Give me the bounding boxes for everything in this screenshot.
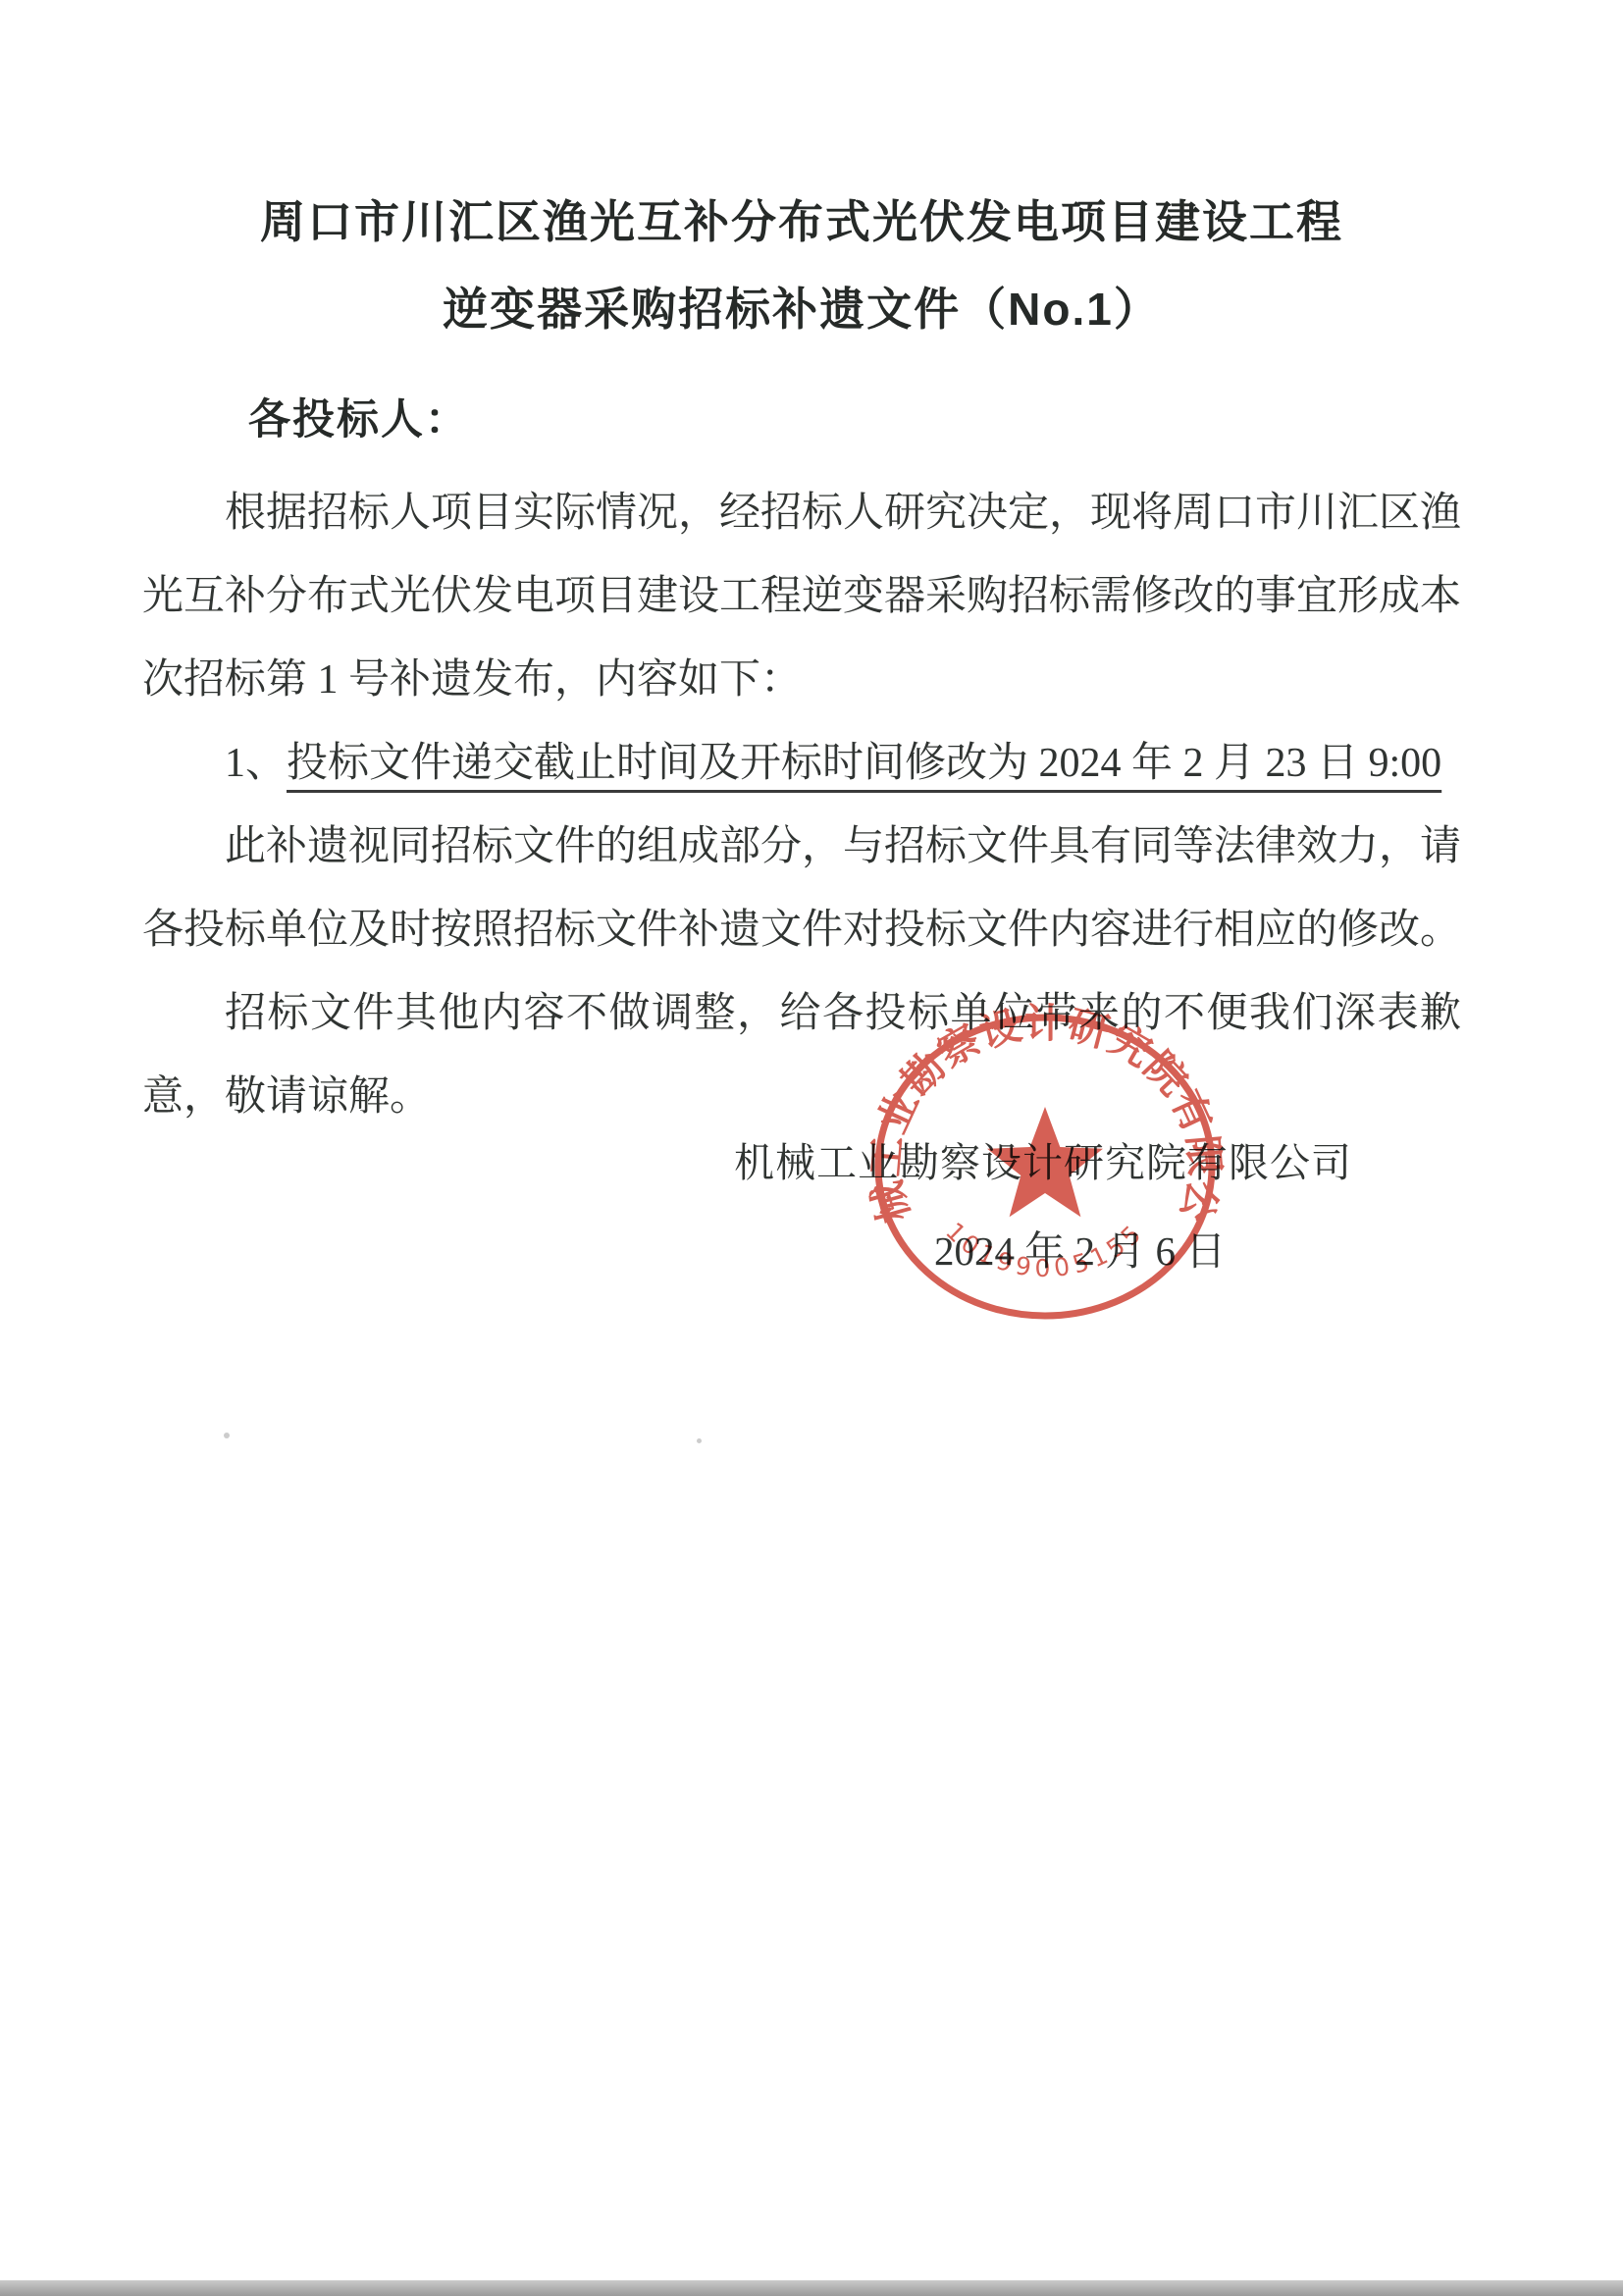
document-title-line1: 周口市川汇区渔光互补分布式光伏发电项目建设工程	[142, 196, 1461, 248]
salutation: 各投标人：	[248, 387, 1461, 446]
paragraph-apology: 招标文件其他内容不做调整，给各投标单位带来的不便我们深表歉意，敬请谅解。	[142, 972, 1461, 1139]
scan-edge-shadow	[0, 2280, 1623, 2296]
scanned-document-page: 周口市川汇区渔光互补分布式光伏发电项目建设工程 逆变器采购招标补遗文件（No.1…	[0, 0, 1623, 2296]
scan-artifact-dot	[224, 1433, 230, 1438]
document-content: 周口市川汇区渔光互补分布式光伏发电项目建设工程 逆变器采购招标补遗文件（No.1…	[0, 0, 1623, 1139]
amendment-item-1: 1、投标文件递交截止时间及开标时间修改为 2024 年 2 月 23 日 9:0…	[142, 722, 1461, 806]
scan-artifact-dot	[697, 1438, 702, 1443]
document-title-line2: 逆变器采购招标补遗文件（No.1）	[142, 284, 1461, 336]
company-seal-stamp: 机械工业勘察设计研究院有限公司 6101990051551	[862, 1003, 1229, 1331]
paragraph-legal-effect: 此补遗视同招标文件的组成部分，与招标文件具有同等法律效力，请各投标单位及时按照招…	[142, 806, 1461, 972]
seal-star-icon	[987, 1107, 1103, 1217]
amendment-item-1-text: 投标文件递交截止时间及开标时间修改为 2024 年 2 月 23 日 9:00	[287, 741, 1441, 786]
amendment-item-1-number: 1、	[225, 741, 287, 786]
paragraph-intro: 根据招标人项目实际情况，经招标人研究决定，现将周口市川汇区渔光互补分布式光伏发电…	[142, 472, 1461, 722]
